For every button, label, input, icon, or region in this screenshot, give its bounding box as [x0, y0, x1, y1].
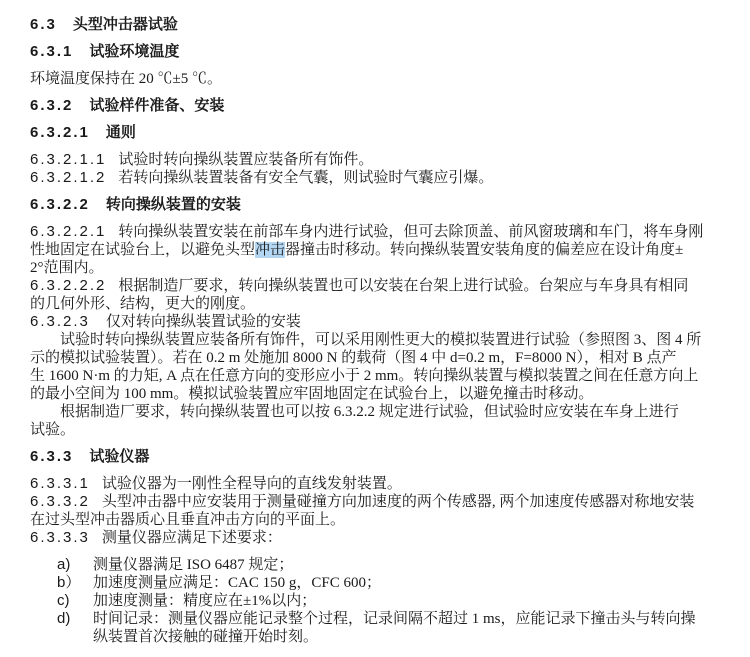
paragraph-text: 根据制造厂要求，转向操纵装置也可以按 6.3.2.2 规定进行试验，但试验时应安…	[60, 404, 679, 420]
paragraph-6-3-2-3-a-line4: 的最小空间为 100 mm。模拟试验装置应牢固地固定在试验台上，以避免撞击时移动…	[30, 385, 728, 403]
clause-text: 试验时转向操纵装置应装备所有饰件。	[118, 152, 373, 168]
clause-number: 6.3.2.2.2	[30, 277, 106, 294]
clause-text: 2°范围内。	[30, 260, 104, 276]
section-heading-6-3: 6.3头型冲击器试验	[30, 16, 728, 34]
clause-text: 性地固定在试验台上，以避免头型	[30, 242, 255, 258]
section-number: 6.3.2	[30, 97, 73, 114]
section-number: 6.3.1	[30, 43, 73, 60]
section-title: 试验样件准备、安装	[89, 97, 224, 114]
list-marker: a)	[57, 556, 93, 574]
paragraph-text: 生 1600 N·m 的力矩, A 点在任意方向的变形应小于 2 mm。转向操纵…	[30, 368, 698, 384]
paragraph-6-3-2-3-b-line1: 根据制造厂要求，转向操纵装置也可以按 6.3.2.2 规定进行试验，但试验时应安…	[30, 403, 728, 421]
paragraph-6-3-2-3-b-line2: 试验。	[30, 421, 728, 439]
list-marker: d)	[57, 610, 93, 628]
clause-number: 6.3.2.1.1	[30, 151, 106, 168]
section-title: 试验仪器	[89, 448, 149, 465]
list-item-a: a)测量仪器满足 ISO 6487 规定；	[30, 556, 728, 574]
clause-6-3-2-1-1: 6.3.2.1.1试验时转向操纵装置应装备所有饰件。	[30, 151, 728, 169]
clause-6-3-2-2-2-line1: 6.3.2.2.2根据制造厂要求，转向操纵装置也可以安装在台架上进行试验。台架应…	[30, 277, 728, 295]
list-item-c: c)加速度测量：精度应在±1%以内；	[30, 592, 728, 610]
list-marker: c)	[57, 592, 93, 610]
paragraph-6-3-2-3-a-line2: 示的模拟试验装置）。若在 0.2 m 处施加 8000 N 的载荷（图 4 中 …	[30, 349, 728, 367]
section-title: 试验环境温度	[89, 43, 179, 60]
section-title: 仅对转向操纵装置试验的安装	[106, 313, 301, 330]
clause-6-3-3-1: 6.3.3.1试验仪器为一刚性全程导向的直线发射装置。	[30, 475, 728, 493]
paragraph-6-3-1: 环境温度保持在 20 ℃±5 ℃。	[30, 70, 728, 88]
section-title: 转向操纵装置的安装	[106, 196, 241, 213]
section-number: 6.3	[30, 16, 57, 33]
section-title: 头型冲击器试验	[73, 16, 178, 33]
list-marker: b）	[57, 574, 93, 592]
section-heading-6-3-2-1: 6.3.2.1通则	[30, 124, 728, 142]
paragraph-text: 试验。	[30, 422, 75, 438]
clause-6-3-2-2-1-line2: 性地固定在试验台上，以避免头型冲击器撞击时移动。转向操纵装置安装角度的偏差应在设…	[30, 241, 728, 259]
paragraph-text: 示的模拟试验装置）。若在 0.2 m 处施加 8000 N 的载荷（图 4 中 …	[30, 350, 677, 366]
clause-number: 6.3.3.3	[30, 529, 90, 546]
clause-6-3-2-2-1-line3: 2°范围内。	[30, 259, 728, 277]
list-item-text: 时间记录：测量仪器应能记录整个过程，记录间隔不超过 1 ms，应能记录下撞击头与…	[93, 611, 696, 627]
list-item-text: 纵装置首次接触的碰撞开始时刻。	[93, 629, 318, 645]
clause-number: 6.3.3.2	[30, 493, 90, 510]
list-item-text: 测量仪器满足 ISO 6487 规定；	[93, 557, 293, 573]
clause-6-3-3-3: 6.3.3.3测量仪器应满足下述要求：	[30, 529, 728, 547]
clause-text: 根据制造厂要求，转向操纵装置也可以安装在台架上进行试验。台架应与车身具有相同	[118, 278, 688, 294]
clause-text: 头型冲击器中应安装用于测量碰撞方向加速度的两个传感器, 两个加速度传感器对称地安…	[102, 494, 695, 510]
clause-6-3-2-2-2-line2: 的几何外形、结构，更大的刚度。	[30, 295, 728, 313]
clause-number: 6.3.2.2.1	[30, 223, 106, 240]
section-number: 6.3.2.3	[30, 313, 90, 330]
section-heading-6-3-1: 6.3.1试验环境温度	[30, 43, 728, 61]
clause-text: 转向操纵装置安装在前部车身内进行试验，但可去除顶盖、前风窗玻璃和车门，将车身刚	[118, 224, 703, 240]
list-item-d-line1: d)时间记录：测量仪器应能记录整个过程，记录间隔不超过 1 ms，应能记录下撞击…	[30, 610, 728, 628]
section-number: 6.3.3	[30, 448, 73, 465]
section-heading-6-3-3: 6.3.3试验仪器	[30, 448, 728, 466]
list-item-text: 加速度测量：精度应在±1%以内；	[93, 593, 316, 609]
paragraph-6-3-2-3-a-line1: 试验时转向操纵装置应装备所有饰件，可以采用刚性更大的模拟装置进行试验（参照图 3…	[30, 331, 728, 349]
clause-text: 的几何外形、结构，更大的刚度。	[30, 296, 255, 312]
section-heading-6-3-2: 6.3.2试验样件准备、安装	[30, 97, 728, 115]
list-item-d-line2: 纵装置首次接触的碰撞开始时刻。	[30, 628, 728, 646]
clause-number: 6.3.3.1	[30, 475, 90, 492]
clause-text: 试验仪器为一刚性全程导向的直线发射装置。	[102, 476, 402, 492]
clause-text: 器撞击时移动。转向操纵装置安装角度的偏差应在设计角度±	[285, 242, 683, 258]
clause-number: 6.3.2.1.2	[30, 169, 106, 186]
clause-text: 在过头型冲击器质心且垂直冲击方向的平面上。	[30, 512, 345, 528]
list-item-text: 加速度测量应满足：CAC 150 g，CFC 600；	[93, 575, 381, 591]
list-item-b: b）加速度测量应满足：CAC 150 g，CFC 600；	[30, 574, 728, 592]
section-number: 6.3.2.1	[30, 124, 90, 141]
paragraph-text: 试验时转向操纵装置应装备所有饰件，可以采用刚性更大的模拟装置进行试验（参照图 3…	[60, 332, 701, 348]
section-number: 6.3.2.2	[30, 196, 90, 213]
section-title: 通则	[106, 124, 136, 141]
section-heading-6-3-2-2: 6.3.2.2转向操纵装置的安装	[30, 196, 728, 214]
section-heading-6-3-2-3: 6.3.2.3仅对转向操纵装置试验的安装	[30, 313, 728, 331]
clause-6-3-2-1-2: 6.3.2.1.2若转向操纵装置装备有安全气囊，则试验时气囊应引爆。	[30, 169, 728, 187]
document-page: 6.3头型冲击器试验 6.3.1试验环境温度 环境温度保持在 20 ℃±5 ℃。…	[0, 0, 750, 646]
paragraph-text: 环境温度保持在 20 ℃±5 ℃。	[30, 71, 222, 87]
clause-6-3-3-2-line1: 6.3.3.2头型冲击器中应安装用于测量碰撞方向加速度的两个传感器, 两个加速度…	[30, 493, 728, 511]
clause-text: 测量仪器应满足下述要求：	[102, 530, 282, 546]
paragraph-6-3-2-3-a-line3: 生 1600 N·m 的力矩, A 点在任意方向的变形应小于 2 mm。转向操纵…	[30, 367, 728, 385]
clause-text: 若转向操纵装置装备有安全气囊，则试验时气囊应引爆。	[118, 170, 493, 186]
clause-6-3-3-2-line2: 在过头型冲击器质心且垂直冲击方向的平面上。	[30, 511, 728, 529]
search-highlight: 冲击	[255, 242, 285, 258]
paragraph-text: 的最小空间为 100 mm。模拟试验装置应牢固地固定在试验台上，以避免撞击时移动…	[30, 386, 593, 402]
clause-6-3-2-2-1-line1: 6.3.2.2.1转向操纵装置安装在前部车身内进行试验，但可去除顶盖、前风窗玻璃…	[30, 223, 728, 241]
